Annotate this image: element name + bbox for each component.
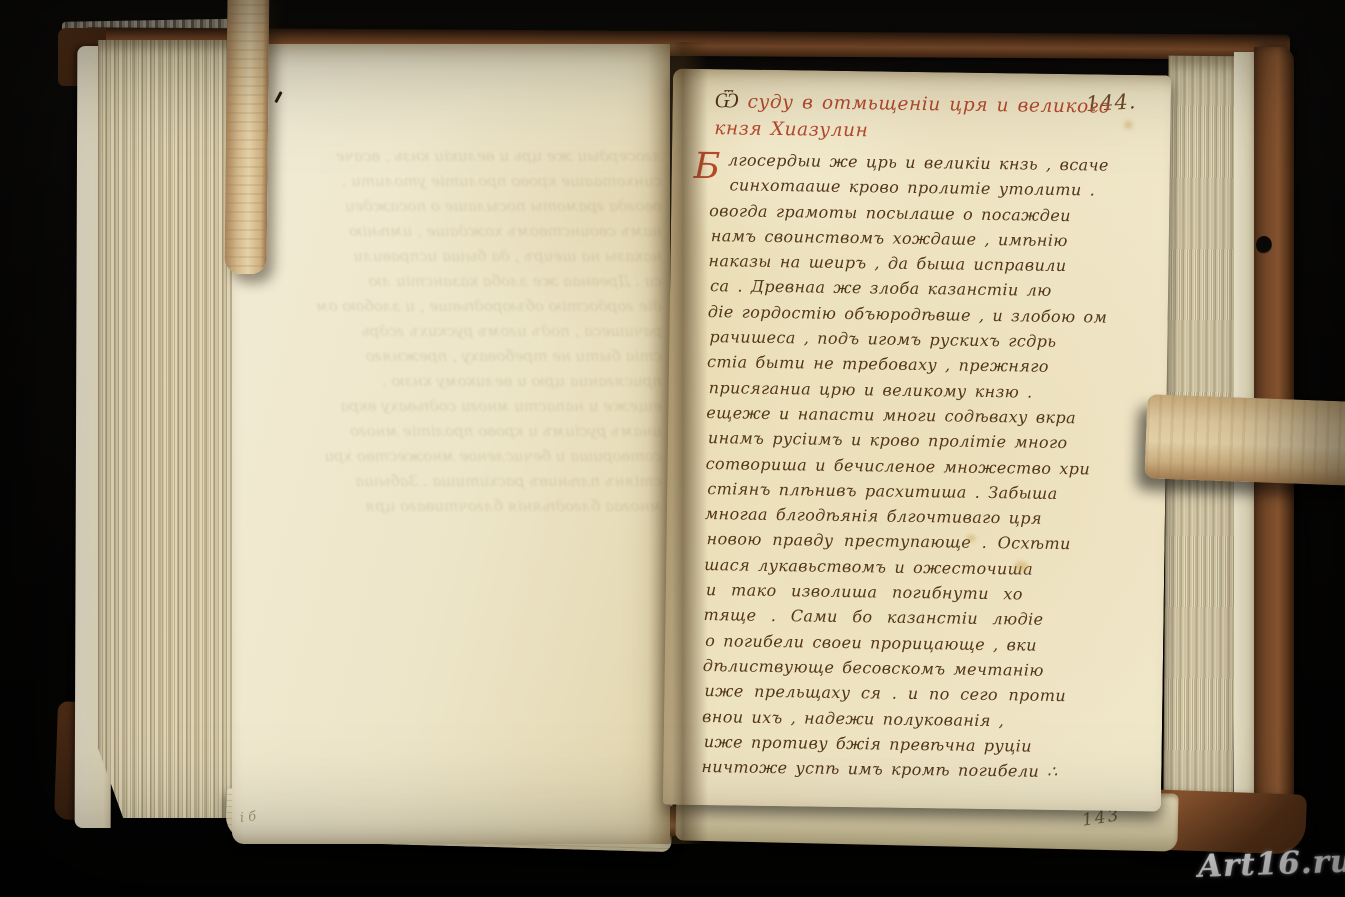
foxing-spot — [967, 535, 976, 542]
bleedthrough-line: стіа быти не требоваху , прежняго — [290, 344, 662, 369]
wooden-stick-top — [224, 0, 269, 274]
heading-line-1: суду в отмьщеніи цря и великого — [739, 91, 1111, 117]
pencil-note: і б — [239, 809, 257, 826]
bleedthrough-text: лгосердыи же црь и великіи кнзь , всачес… — [290, 144, 662, 519]
right-page: 144. Ѿ суду в отмьщеніи цря и великого к… — [663, 69, 1171, 812]
heading-line-2: кнзя Хиазулин — [714, 118, 868, 141]
wooden-stick-right — [1145, 394, 1345, 486]
bleedthrough-line: наказы на шеиръ , да быша исправили — [290, 244, 662, 269]
bleedthrough-line: лгосердыи же црь и великіи кнзь , всаче — [290, 144, 662, 169]
book-gutter — [648, 42, 708, 844]
tick-mark — [274, 91, 282, 103]
chapter-heading: Ѿ суду в отмьщеніи цря и великого кнзя Х… — [714, 87, 1115, 148]
left-page: лгосердыи же црь и великіи кнзь , всачес… — [232, 44, 670, 844]
bleedthrough-line: намъ своинствомъ хождаше , имѣнію — [290, 219, 662, 244]
cover-wormhole — [1256, 236, 1272, 254]
bleedthrough-line: рачишеса , подъ игомъ рускихъ гсдрь — [290, 319, 662, 344]
bleedthrough-line: діе гордостію объюродѣвше , и злобою ом — [290, 294, 662, 319]
manuscript-lines: лгосердыи же црь и великіи кнзь , всачес… — [701, 147, 1140, 785]
photograph: 143 лгосердыи же црь и великіи кнзь , вс… — [0, 0, 1345, 897]
bleedthrough-line: синхотааше крово пролитіе утолити . — [290, 169, 662, 194]
text-line: ничтоже успѣ имъ кромѣ погибели ∴ — [701, 754, 1131, 785]
bleedthrough-line: многаа блгодѣянія блгочтиваго цря — [290, 494, 662, 519]
bleedthrough-line: сотвориша и бечисленое множество хри — [290, 444, 662, 469]
bleedthrough-line: инамъ русіимъ и крово пролітіе много — [290, 419, 662, 444]
bleedthrough-line: са . Древнаа же злоба казанстіи лю — [290, 269, 662, 294]
foxing-spot — [1124, 121, 1132, 129]
bleedthrough-line: овогда грамоты посылаше о посаждеи — [290, 194, 662, 219]
foxing-spot — [1014, 561, 1028, 571]
heading-initial: Ѿ — [715, 88, 740, 112]
bleedthrough-line: ещеже и напасти многи содѣваху вкра — [290, 394, 662, 419]
watermark: Art16.ru — [1197, 843, 1345, 884]
left-page-stack-edge — [98, 40, 238, 818]
bleedthrough-line: присяганиа црю и великому кнзю . — [290, 369, 662, 394]
bleedthrough-line: стіянъ плѣнивъ расхитиша . Забыша — [290, 469, 662, 494]
